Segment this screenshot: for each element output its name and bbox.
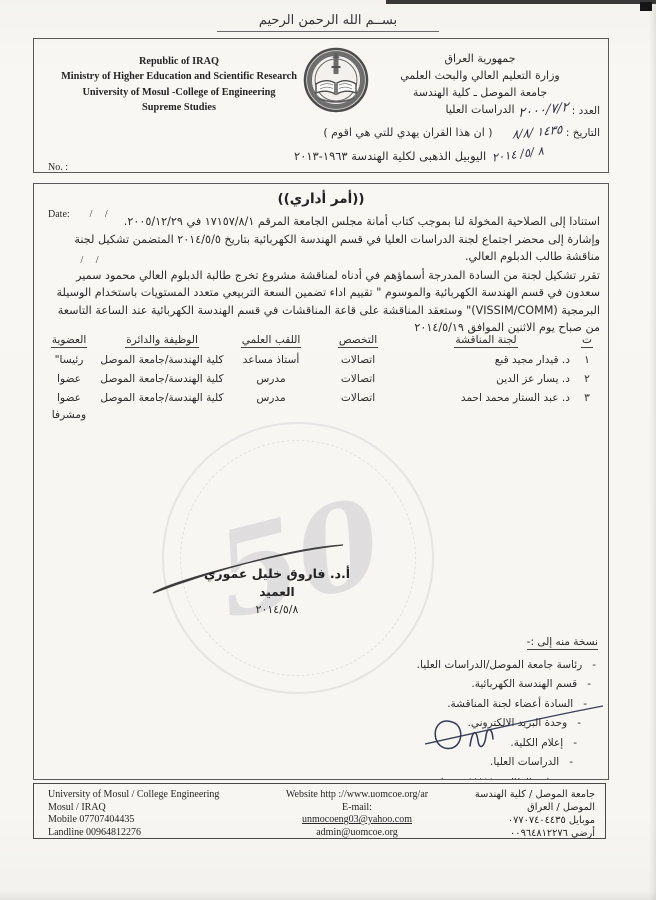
table-cell-position: كلية الهندسة/جامعة الموصل xyxy=(98,390,226,424)
footer-english-line: Mosul / IRAQ xyxy=(48,802,273,815)
letterhead-english-line: Republic of IRAQ xyxy=(40,54,318,69)
letterhead-arabic-line: جامعة الموصل ـ كلية الهندسة xyxy=(366,84,594,101)
bismillah-line: بســم الله الرحمن الرحيم xyxy=(0,13,656,32)
scanned-letter-page: بســم الله الرحمن الرحيم Republic of IRA… xyxy=(0,0,656,900)
letterhead-arabic-line: جمهورية العراق xyxy=(366,50,594,67)
column-header-academic-title: اللقب العلمي xyxy=(226,334,316,350)
copy-list-title: نسخة منه إلى :- xyxy=(527,636,598,650)
column-header-seq: ت xyxy=(572,334,602,350)
letterhead-english-line: Ministry of Higher Education and Scienti… xyxy=(40,69,318,84)
scan-edge-shadow-right xyxy=(649,0,656,900)
copy-list-item: -رئاسة جامعة الموصل/الدراسات العليا. xyxy=(323,656,598,675)
footer-arabic-line: الموصل / العراق xyxy=(439,801,595,814)
letterhead-english-line: University of Mosul -College of Engineer… xyxy=(40,85,318,100)
table-cell-academic-title: مدرس xyxy=(226,390,316,424)
letterhead-english-block: Republic of IRAQ Ministry of Higher Educ… xyxy=(40,54,318,116)
footer-english-line: Landline 00964812276 xyxy=(48,827,273,840)
document-date-handwritten: ١٤٣٥ /٨/٨ xyxy=(512,122,562,141)
footer-email-address-2: admin@uomcoe.org xyxy=(277,827,437,840)
jubilee-date-handwritten: ٨ /٥/ ٢٠١٤ xyxy=(491,143,545,164)
footer-english-block: University of Mosul / College Engineerin… xyxy=(34,784,277,838)
table-cell-membership: عضوا xyxy=(40,371,98,388)
dean-title: العميد xyxy=(152,585,402,599)
paragraph-committee-decision: تقرر تشكيل لجنة من السادة المدرجة أسماؤه… xyxy=(42,267,600,336)
scan-artifact-top-strip xyxy=(386,0,656,4)
footer-email-address: unmocoeng03@yahoo.com xyxy=(277,814,437,827)
bismillah-text: بســم الله الرحمن الرحيم xyxy=(217,13,439,32)
date-label-arabic: التاريخ : xyxy=(566,127,600,139)
committee-table: ت لجنة المناقشة التخصص اللقب العلمي الوظ… xyxy=(40,334,602,424)
jubilee-text: اليوبيل الذهبى لكلية الهندسة ١٩٦٣-٢٠١٣ xyxy=(294,149,486,163)
letter-body-box: 50 ((أمر أداري)) استنادا إلى الصلاحية ال… xyxy=(33,183,609,780)
table-cell-seq: ٣ xyxy=(572,390,602,424)
column-header-committee: لجنة المناقشة xyxy=(400,334,572,350)
table-cell-member-name: د. قيدار مجيد قبع xyxy=(400,352,572,369)
column-header-specialty: التخصص xyxy=(316,334,400,350)
footer-email-label: E-mail: xyxy=(277,802,437,815)
letterhead-arabic-line: وزارة التعليم العالي والبحث العلمي xyxy=(366,67,594,84)
footer-english-line: Mobile 07707404435 xyxy=(48,814,273,827)
footer-arabic-line: موبايل ٠٧٧٠٧٤٠٤٤٣٥ xyxy=(439,814,595,827)
scan-edge-shadow-bottom xyxy=(0,890,656,900)
table-cell-member-name: د. يسار عز الدين xyxy=(400,371,572,388)
document-number-row: العدد : ٢٠٠٠/٧/٢ xyxy=(492,103,600,118)
administrative-order-title: ((أمر أداري)) xyxy=(34,191,608,207)
university-emblem-logo xyxy=(302,46,370,114)
quran-quote: ( ان هذا القران يهدي للتي هي اقوم ) xyxy=(323,126,492,139)
table-cell-academic-title: مدرس xyxy=(226,371,316,388)
table-cell-seq: ٢ xyxy=(572,371,602,388)
document-number-handwritten: ٢٠٠٠/٧/٢ xyxy=(518,100,569,121)
university-emblem-icon xyxy=(302,46,370,114)
table-cell-seq: ١ xyxy=(572,352,602,369)
copy-list-item: -ملفة الطالب. *****مروان xyxy=(323,773,598,780)
table-cell-position: كلية الهندسة/جامعة الموصل xyxy=(98,371,226,388)
jubilee-row: ٨ /٥/ ٢٠١٤ اليوبيل الذهبى لكلية الهندسة … xyxy=(294,149,544,163)
handwritten-initials-scribble xyxy=(432,714,498,758)
letterhead-english-line: Supreme Studies xyxy=(40,100,318,115)
scribble-icon xyxy=(432,714,498,758)
table-cell-academic-title: أستاذ مساعد xyxy=(226,352,316,369)
copy-list-item: -قسم الهندسة الكهربائية. xyxy=(323,675,598,694)
footer-arabic-line: جامعة الموصل / كلية الهندسة xyxy=(439,788,595,801)
table-cell-position: كلية الهندسة/جامعة الموصل xyxy=(98,352,226,369)
footer-arabic-block: جامعة الموصل / كلية الهندسة الموصل / الع… xyxy=(437,784,605,838)
footer-arabic-line: أرضي ٠٠٩٦٤٨١٢٢٧٦ xyxy=(439,827,595,840)
table-cell-specialty: اتصالات xyxy=(316,390,400,424)
footer-english-line: University of Mosul / College Engineerin… xyxy=(48,789,273,802)
dean-name: أ.د. فاروق خليل عموري xyxy=(152,566,402,581)
column-header-position: الوظيفة والدائرة xyxy=(98,334,226,350)
table-cell-member-name: د. عبد الستار محمد احمد xyxy=(400,390,572,424)
number-label: العدد : xyxy=(572,105,600,117)
footer-web-block: Website http ://www.uomcoe.org/ar E-mail… xyxy=(277,784,437,838)
letterhead-box: Republic of IRAQ Ministry of Higher Educ… xyxy=(33,38,609,173)
dean-signature-date: ٢٠١٤/٥/٨ xyxy=(152,603,402,616)
student-name-handwritten: مروان xyxy=(430,771,460,780)
paragraph-reference: وإشارة إلى محضر اجتماع لجنة الدراسات الع… xyxy=(42,231,600,266)
footer-website: Website http ://www.uomcoe.org/ar xyxy=(277,789,437,802)
footer-contact-box: University of Mosul / College Engineerin… xyxy=(33,783,606,839)
document-date-row: التاريخ : ١٤٣٥ /٨/٨ ( ان هذا القران يهدي… xyxy=(317,125,600,139)
table-cell-membership: رئيسا" xyxy=(40,352,98,369)
no-label: No. : xyxy=(48,160,218,176)
paragraph-authority: استنادا إلى الصلاحية المخولة لنا بموجب ك… xyxy=(42,213,600,230)
table-cell-membership: عضوا ومشرفا xyxy=(40,390,98,424)
column-header-membership: العضوية xyxy=(40,334,98,350)
table-cell-specialty: اتصالات xyxy=(316,352,400,369)
table-cell-specialty: اتصالات xyxy=(316,371,400,388)
